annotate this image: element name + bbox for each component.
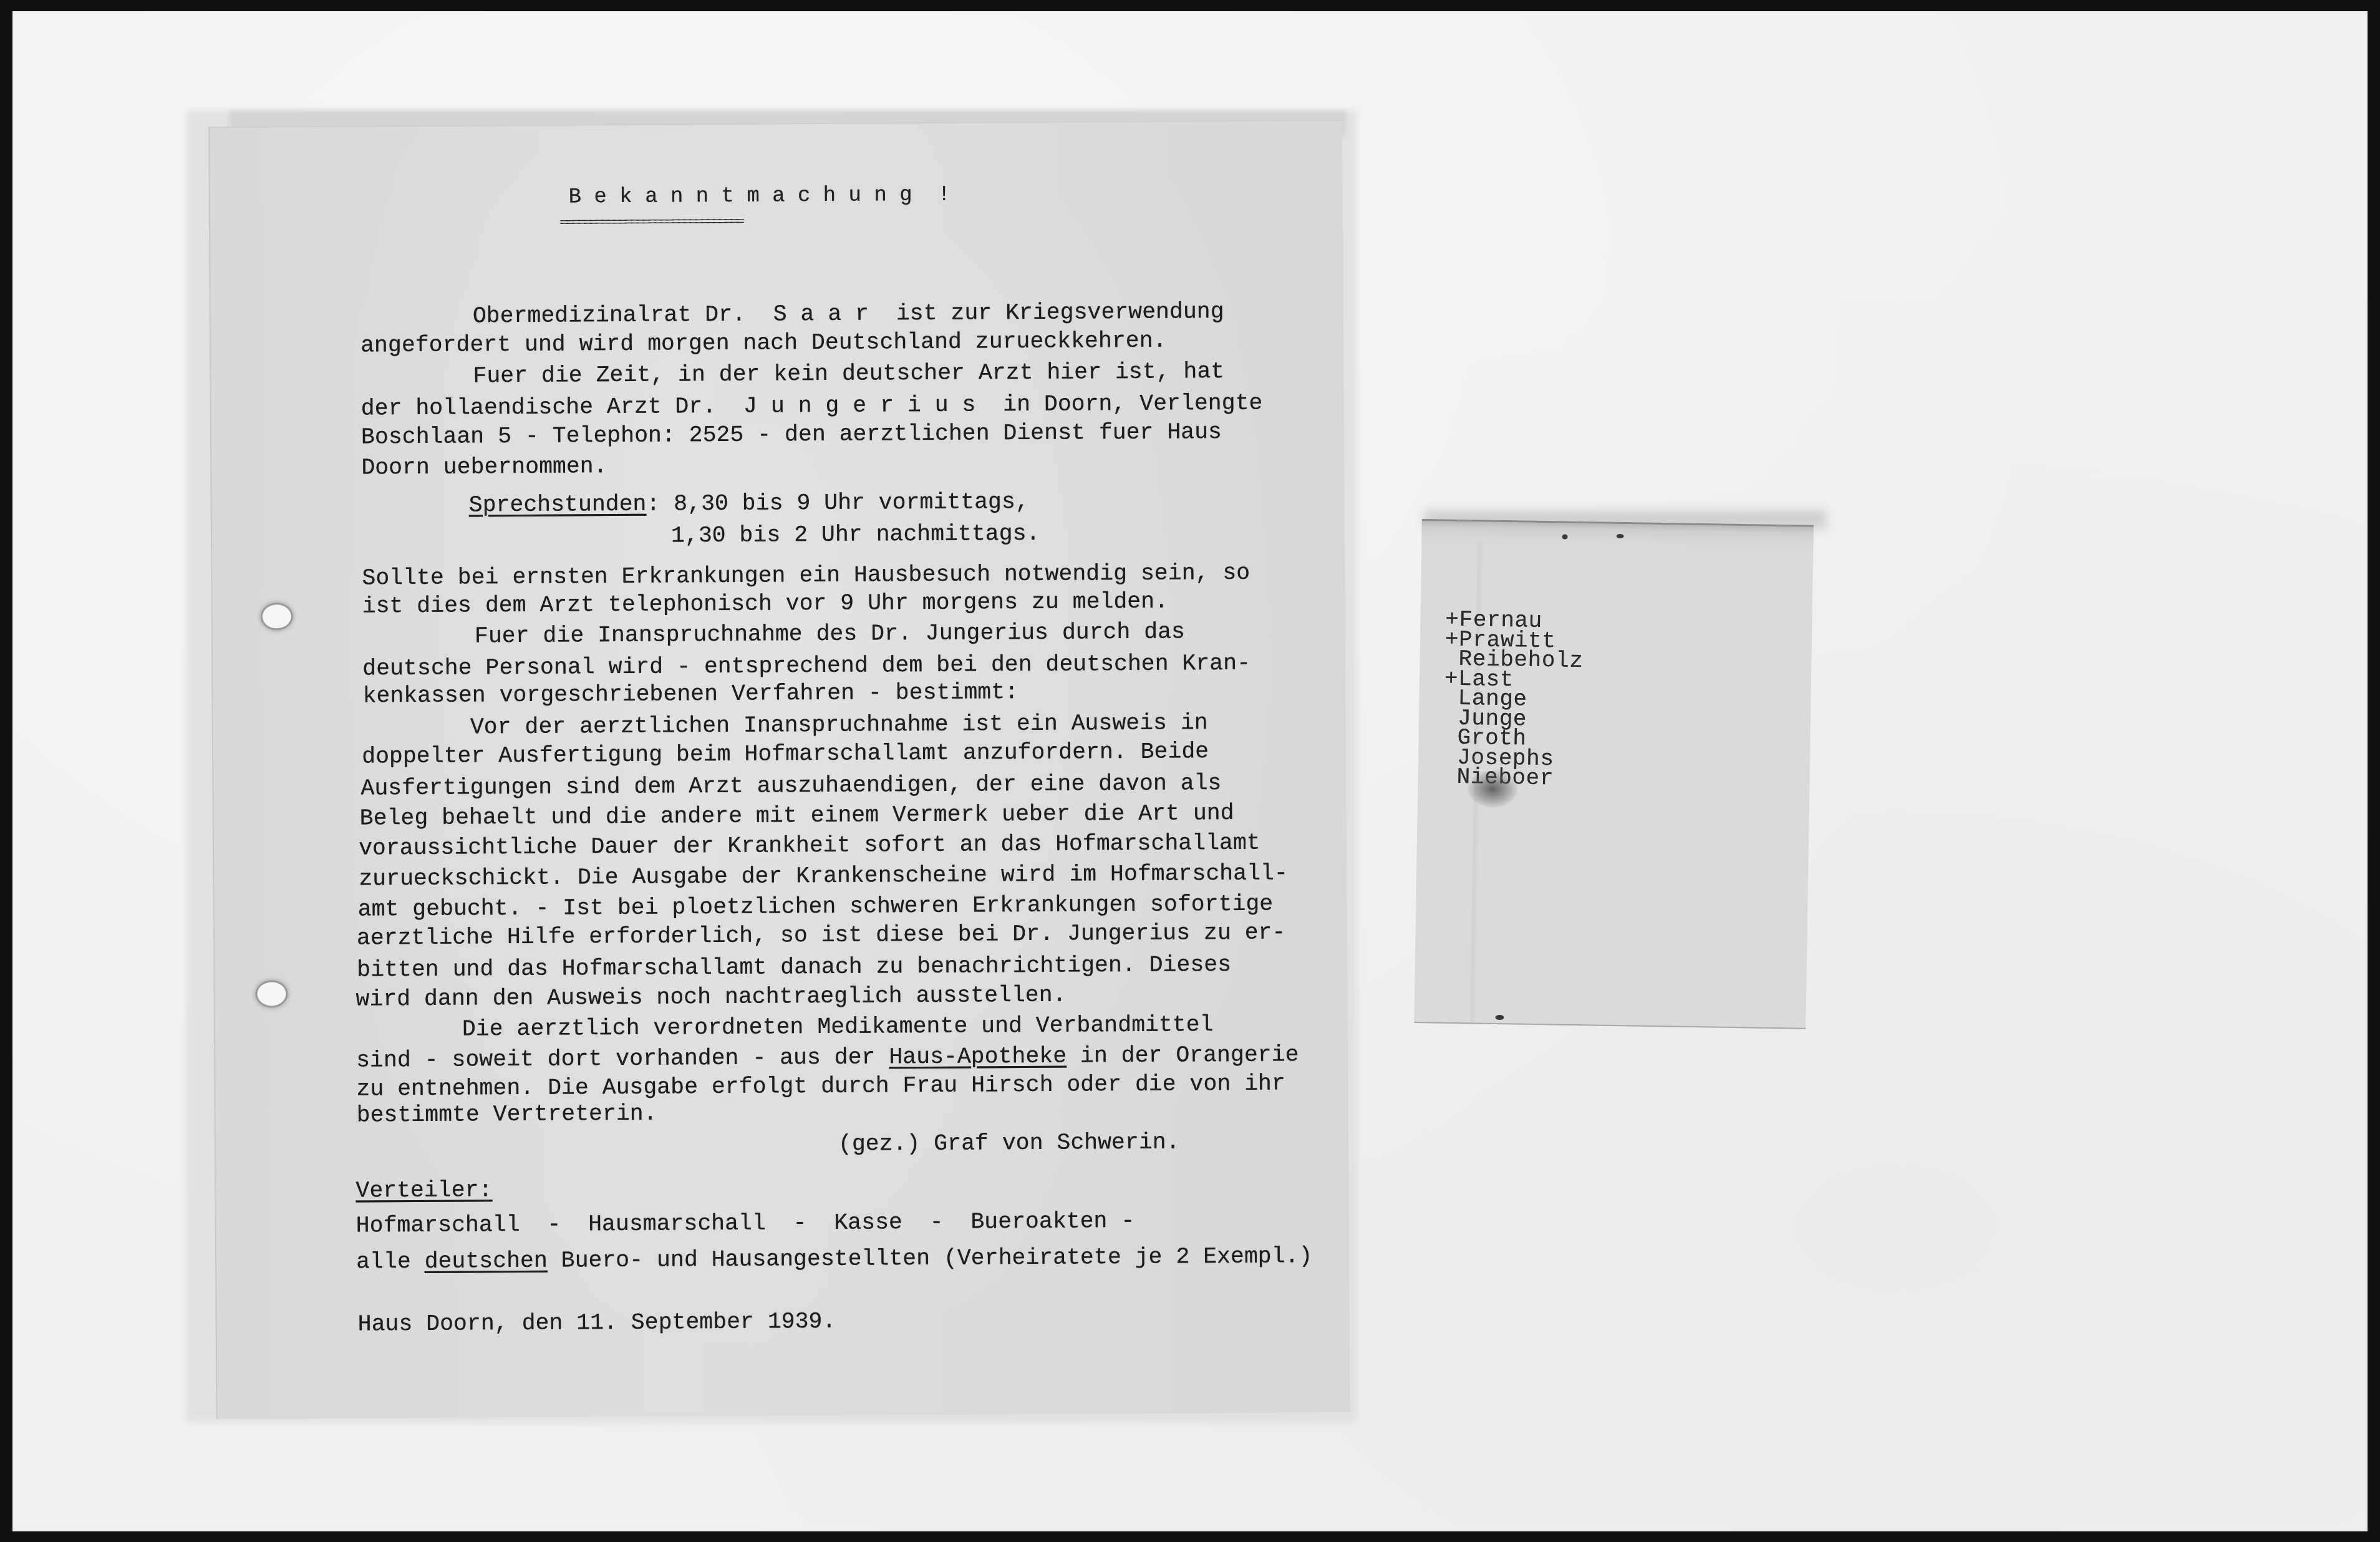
- line-text: sind - soweit dort vorhanden - aus der: [356, 1044, 889, 1073]
- punch-hole-top: [263, 604, 291, 628]
- document-line: aerztliche Hilfe erforderlich, so ist di…: [357, 920, 1286, 951]
- document-line: voraussichtliche Dauer der Krankheit sof…: [359, 831, 1260, 861]
- underlined-text: deutschen: [425, 1248, 548, 1274]
- card-speck: [1495, 1015, 1504, 1020]
- line-text: Hofmarschall - Hausmarschall - Kasse - B…: [356, 1208, 1135, 1239]
- document-line: Verteiler:: [356, 1178, 492, 1203]
- document-line: alle deutschen Buero- und Hausangestellt…: [356, 1244, 1312, 1274]
- document-line: Sollte bei ernsten Erkrankungen ein Haus…: [362, 561, 1250, 591]
- document-line: Die aerztlich verordneten Medikamente un…: [462, 1012, 1214, 1042]
- line-text: Obermedizinalrat Dr. S a a r ist zur Kri…: [473, 299, 1224, 329]
- document-line: amt gebucht. - Ist bei ploetzlichen schw…: [358, 892, 1274, 923]
- document-line: ist dies dem Arzt telephonisch vor 9 Uhr…: [362, 589, 1169, 619]
- document-line: wird dann den Ausweis noch nachtraeglich…: [356, 983, 1066, 1012]
- document-line: 1,30 bis 2 Uhr nachmittags.: [671, 521, 1040, 549]
- line-text: 1,30 bis 2 Uhr nachmittags.: [671, 521, 1040, 549]
- title-double-underline: ===============================: [559, 215, 742, 230]
- document-line: deutsche Personal wird - entsprechend de…: [362, 651, 1250, 682]
- line-text: bestimmte Vertreterin.: [357, 1101, 657, 1128]
- line-text: deutsche Personal wird - entsprechend de…: [362, 651, 1250, 682]
- document-line: zu entnehmen. Die Ausgabe erfolgt durch …: [356, 1071, 1285, 1102]
- document-line: bestimmte Vertreterin.: [357, 1102, 657, 1128]
- document-line: doppelter Ausfertigung beim Hofmarschall…: [362, 739, 1209, 769]
- document-line: bitten und das Hofmarschallamt danach zu…: [357, 953, 1231, 983]
- line-text: Die aerztlich verordneten Medikamente un…: [462, 1012, 1214, 1042]
- document-line: Boschlaan 5 - Telephon: 2525 - den aerzt…: [361, 420, 1222, 450]
- line-text: alle: [356, 1249, 425, 1275]
- document-title: B e k a n n t m a c h u n g !: [569, 183, 951, 210]
- line-text: angefordert und wird morgen nach Deutsch…: [360, 328, 1167, 359]
- card-speck: [1562, 535, 1568, 540]
- line-text: Ausfertigungen sind dem Arzt auszuhaendi…: [360, 770, 1221, 801]
- document-line: Fuer die Zeit, in der kein deutscher Arz…: [473, 359, 1224, 389]
- line-text: doppelter Ausfertigung beim Hofmarschall…: [362, 739, 1209, 769]
- line-text: : 8,30 bis 9 Uhr vormittags,: [646, 489, 1029, 517]
- line-text: kenkassen vorgeschriebenen Verfahren - b…: [362, 679, 1018, 709]
- document-line: kenkassen vorgeschriebenen Verfahren - b…: [362, 680, 1018, 709]
- line-text: Beleg behaelt und die andere mit einem V…: [360, 800, 1234, 832]
- line-text: Sollte bei ernsten Erkrankungen ein Haus…: [362, 560, 1250, 591]
- document-line: sind - soweit dort vorhanden - aus der H…: [356, 1042, 1299, 1073]
- name-list-card: +Fernau+Prawitt Reibeholz+Last Lange Jun…: [1414, 519, 1814, 1029]
- document-line: der hollaendische Arzt Dr. J u n g e r i…: [361, 391, 1263, 422]
- document-line: Hofmarschall - Hausmarschall - Kasse - B…: [356, 1209, 1135, 1239]
- document-line: Haus Doorn, den 11. September 1939.: [358, 1309, 836, 1337]
- line-text: Fuer die Zeit, in der kein deutscher Arz…: [473, 359, 1224, 389]
- line-text: ist dies dem Arzt telephonisch vor 9 Uhr…: [362, 589, 1169, 619]
- document-line: Doorn uebernommen.: [361, 454, 607, 480]
- document-line: zurueckschickt. Die Ausgabe der Krankens…: [359, 861, 1288, 891]
- card-name-list: +Fernau+Prawitt Reibeholz+Last Lange Jun…: [1443, 610, 1584, 789]
- punch-hole-bottom: [257, 982, 286, 1006]
- line-text: wird dann den Ausweis noch nachtraeglich…: [356, 982, 1066, 1012]
- line-text: in der Orangerie: [1067, 1042, 1299, 1069]
- line-text: Buero- und Hausangestellten (Verheiratet…: [548, 1243, 1313, 1273]
- document-line: Sprechstunden: 8,30 bis 9 Uhr vormittags…: [469, 490, 1029, 518]
- document-line: (gez.) Graf von Schwerin.: [838, 1130, 1180, 1157]
- document-line: Fuer die Inanspruchnahme des Dr. Jungeri…: [475, 619, 1185, 649]
- line-text: (gez.) Graf von Schwerin.: [838, 1130, 1180, 1157]
- line-text: Vor der aerztlichen Inanspruchnahme ist …: [470, 710, 1208, 740]
- line-text: bitten und das Hofmarschallamt danach zu…: [357, 952, 1231, 983]
- line-text: voraussichtliche Dauer der Krankheit sof…: [359, 830, 1260, 861]
- document-line: Vor der aerztlichen Inanspruchnahme ist …: [470, 710, 1208, 740]
- document-line: angefordert und wird morgen nach Deutsch…: [360, 329, 1167, 359]
- document-line: Ausfertigungen sind dem Arzt auszuhaendi…: [360, 771, 1221, 801]
- underlined-text: Verteiler:: [356, 1177, 492, 1203]
- line-text: aerztliche Hilfe erforderlich, so ist di…: [357, 919, 1286, 951]
- card-speck: [1617, 534, 1624, 538]
- announcement-document: B e k a n n t m a c h u n g ! ==========…: [208, 120, 1350, 1419]
- ink-smudge: [1468, 770, 1518, 808]
- document-line: Obermedizinalrat Dr. S a a r ist zur Kri…: [473, 299, 1224, 329]
- line-text: Haus Doorn, den 11. September 1939.: [358, 1309, 836, 1337]
- line-text: Doorn uebernommen.: [361, 453, 607, 480]
- line-text: amt gebucht. - Ist bei ploetzlichen schw…: [358, 891, 1274, 923]
- line-text: zurueckschickt. Die Ausgabe der Krankens…: [359, 860, 1288, 891]
- underlined-text: Sprechstunden: [469, 492, 647, 518]
- line-text: Fuer die Inanspruchnahme des Dr. Jungeri…: [475, 619, 1185, 649]
- line-text: Boschlaan 5 - Telephon: 2525 - den aerzt…: [361, 419, 1222, 450]
- document-line: Beleg behaelt und die andere mit einem V…: [360, 801, 1234, 832]
- line-text: der hollaendische Arzt Dr. J u n g e r i…: [361, 390, 1263, 422]
- line-text: zu entnehmen. Die Ausgabe erfolgt durch …: [356, 1070, 1285, 1102]
- underlined-text: Haus-Apotheke: [889, 1044, 1067, 1070]
